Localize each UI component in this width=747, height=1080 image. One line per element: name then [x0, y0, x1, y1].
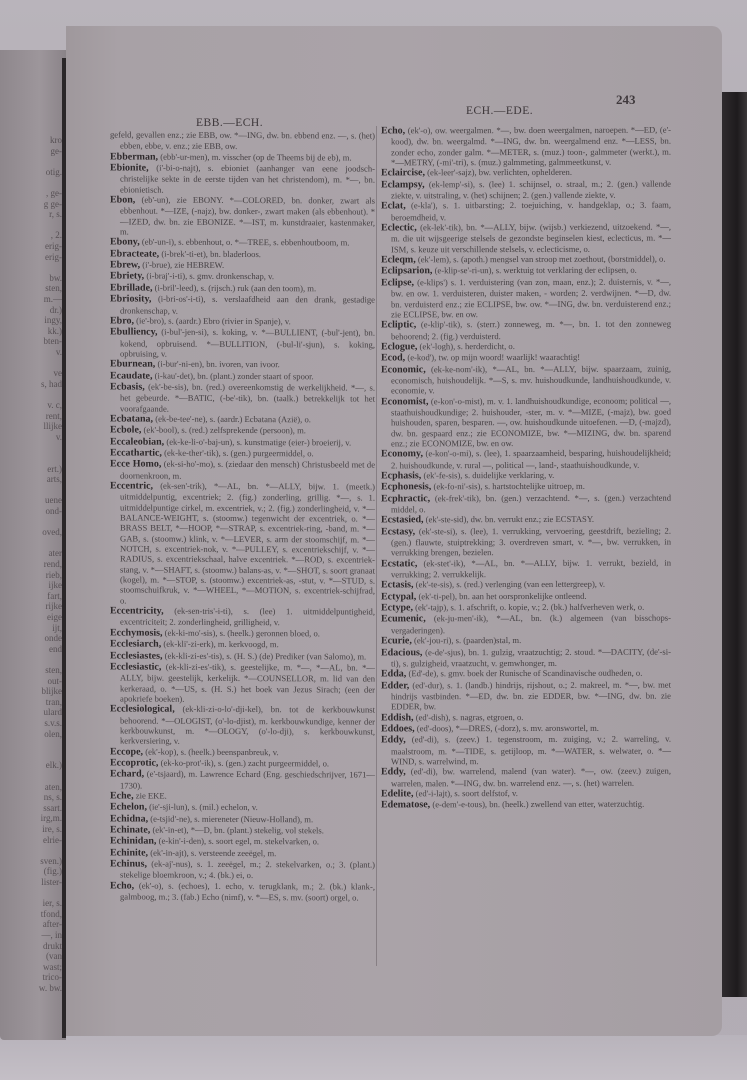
entry-headword: Ebony,	[110, 237, 140, 248]
margin-text-fragment: out-	[48, 677, 63, 686]
entry-headword: Ecaudate,	[110, 370, 153, 381]
margin-text-fragment: olen,	[44, 730, 62, 739]
margin-text-fragment: ire, s.	[42, 825, 62, 834]
dictionary-entry: Eddoes, (ed'-doos), *—DRES, (-dorz), s. …	[381, 723, 671, 735]
previous-page-sliver: kroge-otig., ge-g ge-r, s., 2.erig-erig-…	[0, 50, 66, 1040]
entry-definition: (ek'-kop), s. (heelk.) beenspanbreuk, v.	[145, 746, 278, 757]
entry-headword: Ecumenic,	[381, 614, 426, 625]
margin-text-fragment: sten,	[45, 666, 62, 675]
dictionary-page: 243 EBB.—ECH. ECH.—EDE. gefeld, gevallen…	[66, 26, 722, 1036]
margin-text-fragment: rent,	[46, 412, 62, 421]
entry-headword: Ebrillade,	[110, 282, 153, 293]
entry-definition: (ek'-o), s. (echoes), 1. echo, v. terugk…	[120, 880, 375, 902]
dictionary-entry: Ecphonesis, (ek-fo-ni'-sis), s. hartstoc…	[381, 481, 671, 493]
dictionary-entry: Eclat, (e-kla'), s. 1. uitbarsting; 2. t…	[381, 200, 671, 222]
entry-headword: Ecleqm,	[381, 254, 416, 265]
dictionary-entry: Edelite, (ed'-i-lajt), s. soort delfstof…	[381, 788, 671, 800]
entry-definition: (ed'-di), s. (zeev.) 1. tegenstroom, m. …	[391, 734, 671, 766]
margin-text-fragment: drukt	[43, 942, 62, 951]
margin-text-fragment: ier, s.	[43, 899, 62, 908]
entry-headword: Edematose,	[381, 800, 430, 811]
entry-definition: (ie'-sji-lun), s. (mil.) echelon, v.	[149, 802, 258, 812]
margin-text-fragment: ulard	[44, 708, 63, 717]
table-surface	[0, 1035, 747, 1080]
entry-definition: (ek'-o), ow. weergalmen. *—, bw. doen we…	[391, 125, 671, 168]
entry-definition: (e-kod'), tw. op mijn woord! waarlijk! w…	[407, 352, 580, 362]
entry-headword: Ebon,	[110, 194, 135, 205]
entry-headword: Eclaircise,	[381, 168, 425, 179]
entry-definition: (i'-brue), zie HEBREW.	[142, 260, 224, 270]
dictionary-entry: Economy, (e-kon'-o-mi), s. (lee), 1. spa…	[381, 448, 671, 470]
dictionary-entry: Ecod, (e-kod'), tw. op mijn woord! waarl…	[381, 352, 671, 364]
book-cover-edge	[722, 92, 747, 997]
entry-definition: (ek'-in-ajt), s. versteende zeeëgel, m.	[150, 847, 276, 858]
dictionary-entry: Edematose, (e-dem'-e-tous), bn. (heelk.)…	[381, 799, 671, 811]
dictionary-entry: Ecstatic, (ek-stet'-ik), *—AL, bn. *—ALL…	[381, 557, 671, 579]
entry-headword: Echard,	[110, 769, 144, 780]
entry-definition: (ek'-in-et), *—D, bn. (plant.) stekelig,…	[152, 825, 323, 836]
entry-headword: Ebberman,	[110, 151, 158, 162]
dictionary-entry: Ebon, (eb'-un), zie EBONY. *—COLORED, bn…	[110, 194, 375, 238]
entry-headword: Ebro,	[110, 315, 134, 326]
entry-headword: Ebracteate,	[110, 248, 159, 259]
entry-headword: Ecstasied,	[381, 515, 424, 526]
margin-text-fragment: erig-	[45, 242, 62, 251]
margin-text-fragment: eige	[47, 613, 62, 622]
entry-definition: (i-bul'-jen-si), s. koking, v. *—BULLIEN…	[120, 327, 375, 359]
entry-definition: (i-bril'-leed), s. (rijsch.) ruk (aan de…	[155, 282, 316, 293]
margin-text-fragment: fart,	[47, 592, 62, 601]
margin-text-fragment: end	[49, 645, 62, 654]
entry-headword: Economy,	[381, 449, 423, 460]
dictionary-entry: Ecbasis, (ek'-be-sis), bn. (red.) overee…	[110, 381, 375, 414]
margin-text-fragment: aten,	[45, 783, 62, 792]
margin-text-fragment: sten,	[45, 284, 62, 293]
entry-headword: Edder,	[381, 680, 409, 691]
entry-headword: Echidna,	[110, 813, 148, 824]
entry-headword: Ecstasy,	[381, 526, 415, 537]
entry-headword: Eccope,	[110, 746, 143, 757]
entry-definition: (ek-leer'-sajz), bw. verlichten, ophelde…	[427, 167, 572, 177]
entry-definition: zie EKE.	[136, 791, 167, 801]
entry-headword: Ecurie,	[381, 635, 412, 646]
entry-definition: (ek-be-tee'-ne), s. (aardr.) Ecbatana (A…	[155, 414, 311, 425]
entry-headword: Ecphonesis,	[381, 482, 431, 493]
margin-text-fragment: ond-	[46, 507, 63, 516]
margin-text-fragment: bw.	[49, 274, 62, 283]
entry-definition: (ek'-te-sis), s. (red.) verlenging (van …	[416, 579, 605, 589]
margin-text-fragment: rieb,	[46, 571, 62, 580]
dictionary-entry: Eclipsarion, (e-klip-se'-ri-un), s. werk…	[381, 265, 671, 277]
margin-text-fragment: ns, s.	[44, 793, 62, 802]
entry-definition: gefeld, gevallen enz.; zie EBB, ow. *—IN…	[110, 129, 375, 151]
entry-headword: Ecchymosis,	[110, 627, 163, 638]
entry-definition: (e-kon'-o-mi), s. (lee), 1. spaarzaamhei…	[391, 448, 671, 470]
book-photo-scene: kroge-otig., ge-g ge-r, s., 2.erig-erig-…	[0, 0, 747, 1080]
entry-headword: Eccentricity,	[110, 606, 164, 617]
entry-definition: (ed'-dur), s. 1. (landb.) hindrijs, rijs…	[391, 679, 671, 711]
margin-text-fragment: w. bw.	[39, 984, 62, 993]
entry-headword: Ecbole,	[110, 425, 141, 436]
entry-headword: Ecclesiastic,	[110, 661, 161, 672]
entry-definition: (ek-sen'-trik), *—AL, bn. *—ALLY, bijw. …	[120, 481, 375, 606]
margin-text-fragment: g ge-	[44, 200, 62, 209]
margin-text-fragment: , ge-	[46, 189, 62, 198]
dictionary-entry: Ecphractic, (ek-frek'-tik), bn. (gen.) v…	[381, 492, 671, 514]
entry-headword: Ebriety,	[110, 271, 144, 282]
margin-text-fragment: v. c,	[47, 401, 62, 410]
entry-headword: Eclat,	[381, 201, 406, 212]
entry-definition: (e-kla'), s. 1. uitbarsting; 2. toejuich…	[391, 200, 671, 222]
entry-definition: (ek'-lem), s. (apoth.) mengsel van stroo…	[418, 254, 666, 265]
margin-text-fragment: wast;	[43, 963, 62, 972]
entry-definition: (ek-ki-mo'-sis), s. (heelk.) geronnen bl…	[165, 627, 320, 638]
dictionary-entry: Eclaircise, (ek-leer'-sajz), bw. verlich…	[381, 167, 671, 179]
margin-text-fragment: trico-	[43, 973, 63, 982]
dictionary-entry: Ebulliency, (i-bul'-jen-si), s. koking, …	[110, 327, 375, 360]
dictionary-entry: Edder, (ed'-dur), s. 1. (landb.) hindrij…	[381, 679, 671, 712]
entry-headword: Eccentric,	[110, 480, 153, 491]
margin-text-fragment: arts,	[47, 475, 62, 484]
page-number: 243	[616, 92, 636, 108]
dictionary-entry: Ecleqm, (ek'-lem), s. (apoth.) mengsel v…	[381, 254, 671, 266]
entry-headword: Ectype,	[381, 602, 413, 613]
entry-headword: Eccoprotic,	[110, 757, 158, 768]
running-head-right: ECH.—EDE.	[466, 105, 533, 117]
margin-text-fragment: lister-	[41, 878, 62, 887]
margin-text-fragment: tran,	[46, 698, 62, 707]
margin-text-fragment: blijke	[42, 687, 63, 696]
entry-definition: (e-kin'-i-den), s. soort egel, m. stekel…	[159, 836, 319, 847]
entry-definition: (e'-tsjaard), m. Lawrence Echard (Eng. g…	[120, 769, 375, 790]
dictionary-entry: Edda, (Ed'-de), s. gmv. boek der Runisch…	[381, 668, 671, 680]
entry-headword: Ebrew,	[110, 260, 140, 271]
entry-definition: (ek-frek'-tik), bn. (gen.) verzachtend. …	[391, 492, 671, 514]
dictionary-entry: Eddish, (ed'-dish), s. nagras, etgroen, …	[381, 711, 671, 723]
running-head-left: EBB.—ECH.	[196, 117, 263, 129]
entry-definition: (i-bri-os'-i-ti), s. verslaafdheid aan d…	[120, 294, 375, 315]
dictionary-entry: Ecclesiastic, (ek-kli-zi-es'-tik), s. ge…	[110, 661, 375, 705]
dictionary-entry: Ecurie, (ek'-jou-ri), s. (paarden)stal, …	[381, 635, 671, 647]
margin-text-fragment: llijke	[44, 422, 63, 431]
dictionary-entry: Economist, (e-kon'-o-mist), m. v. 1. lan…	[381, 395, 671, 448]
margin-text-fragment: irg,m.	[41, 814, 62, 823]
dictionary-entry: Ectypal, (ek'-ti-pel), bn. aan het oorsp…	[381, 590, 671, 602]
entry-headword: Echo,	[110, 880, 134, 891]
dictionary-entry: Ectasis, (ek'-te-sis), s. (red.) verleng…	[381, 579, 671, 591]
entry-headword: Edacious,	[381, 647, 422, 658]
entry-definition: (i-braj'-i-ti), s. gmv. dronkenschap, v.	[146, 271, 274, 282]
margin-text-fragment: rijke	[46, 602, 63, 611]
entry-definition: (ek-ko-prot'-ik), s. (gen.) zacht purgee…	[161, 758, 329, 769]
entry-definition: (e-klip'-tik), s. (sterr.) zonneweg, m. …	[391, 319, 671, 341]
entry-definition: (ek-ke-li-o'-baj-un), s. kunstmatige (ei…	[166, 436, 351, 447]
entry-headword: Echinite,	[110, 847, 148, 858]
entry-headword: Ecclesiastes,	[110, 650, 163, 661]
entry-headword: Eccathartic,	[110, 447, 162, 458]
entry-definition: (ek'-ti-pel), bn. aan het oorspronkelijk…	[418, 591, 586, 601]
entry-headword: Ebulliency,	[110, 327, 158, 338]
entry-headword: Ectypal,	[381, 591, 416, 602]
dictionary-entry: Echo, (ek'-o), ow. weergalmen. *—, bw. d…	[381, 125, 671, 168]
dictionary-entry: Ecstasied, (ek'-ste-sid), dw. bn. verruk…	[381, 514, 671, 526]
margin-text-fragment: uene	[45, 496, 62, 505]
margin-text-fragment: rend,	[44, 560, 62, 569]
entry-definition: (e-klip-se'-ri-un), s. werktuig tot verk…	[435, 265, 637, 276]
entry-headword: Ebriosity,	[110, 294, 151, 305]
margin-text-fragment: ge-	[51, 147, 63, 156]
dictionary-entry: gefeld, gevallen enz.; zie EBB, ow. *—IN…	[110, 129, 375, 152]
entry-definition: (ek'-jou-ri), s. (paarden)stal, m.	[414, 635, 521, 645]
entry-headword: Ecce Homo,	[110, 459, 161, 470]
entry-definition: (ek'-be-sis), bn. (red.) overeenkomstig …	[120, 381, 375, 413]
entry-definition: (e-de'-sjus), bn. 1. gulzig, vraatzuchti…	[391, 646, 671, 668]
margin-text-fragment: s, had	[41, 380, 62, 389]
entry-headword: Eddish,	[381, 712, 414, 723]
column-divider	[376, 126, 377, 966]
entry-definition: (ed'-i-lajt), s. soort delfstof, v.	[416, 788, 518, 798]
dictionary-entry: Eclogue, (ek'-logh), s. herderdicht, o.	[381, 340, 671, 352]
margin-text-fragment: s.v.s.	[44, 719, 62, 728]
entry-definition: (e-dem'-e-tous), bn. (heelk.) zwellend v…	[432, 799, 644, 810]
left-column: gefeld, gevallen enz.; zie EBB, ow. *—IN…	[110, 129, 375, 903]
entry-headword: Eclogue,	[381, 341, 417, 352]
margin-text-fragment: kk.)	[48, 327, 62, 336]
dictionary-entry: Ecumenic, (ek-ju-men'-ik), *—AL, bn. (k.…	[381, 613, 671, 635]
entry-definition: (ek'-bool), s. (red.) zelfsprekende (per…	[144, 425, 306, 436]
entry-headword: Eddoes,	[381, 723, 415, 734]
margin-text-fragment: otig.	[46, 168, 62, 177]
dictionary-entry: Ectype, (ek'-tajp), s. 1. afschrift, o. …	[381, 602, 671, 614]
entry-definition: (ed'-dish), s. nagras, etgroen, o.	[416, 712, 524, 722]
margin-text-fragment: , 2.	[51, 231, 62, 240]
entry-headword: Eclipse,	[381, 277, 414, 288]
entry-headword: Eburnean,	[110, 359, 155, 370]
margin-text-fragment: onde	[45, 634, 63, 643]
margin-text-fragment: oved,	[42, 528, 62, 537]
dictionary-entry: Ecliptic, (e-klip'-tik), s. (sterr.) zon…	[381, 319, 671, 341]
entry-definition: (eb'-un), zie EBONY. *—COLORED, bn. donk…	[120, 195, 375, 237]
dictionary-entry: Edacious, (e-de'-sjus), bn. 1. gulzig, v…	[381, 646, 671, 668]
dictionary-entry: Ecce Homo, (ek-si-ho'-mo), s. (ziedaar d…	[110, 459, 375, 482]
entry-definition: (ek-stet'-ik), *—AL, bn. *—ALLY, bijw. 1…	[391, 557, 671, 579]
entry-definition: (ek-kli-zi-es'-tis), s. (H. S.) (de) Pre…	[165, 650, 367, 661]
entry-definition: (e-kon'-o-mist), m. v. 1. landhuishoudku…	[391, 395, 671, 448]
dictionary-entry: Eclectic, (ek-lek'-tik), bn. *—ALLY, bij…	[381, 222, 671, 255]
entry-definition: (ed'-di), bw. warrelend, malend (van wat…	[391, 766, 671, 788]
entry-headword: Ecclesiarch,	[110, 639, 161, 650]
entry-headword: Ecstatic,	[381, 558, 417, 569]
margin-text-fragment: r, s.	[49, 210, 62, 219]
entry-headword: Eclampsy,	[381, 179, 425, 190]
margin-text-fragment: m.—	[44, 295, 62, 304]
margin-text-fragment: —, in	[41, 931, 62, 940]
entry-headword: Ecliptic,	[381, 319, 416, 330]
entry-definition: (i'-bi-o-najt), s. ebioniet (aanhanger v…	[120, 163, 375, 195]
entry-headword: Eclipsarion,	[381, 266, 432, 277]
margin-text-fragment: bten-	[44, 337, 63, 346]
entry-headword: Ecod,	[381, 353, 405, 364]
margin-text-fragment: after-	[43, 920, 62, 929]
entry-definition: (ie'-bro), s. (aardr.) Ebro (rivier in S…	[136, 315, 291, 326]
entry-definition: (ek-lemp'-si), s. (lee) 1. schijnsel, o.…	[391, 178, 671, 200]
dictionary-entry: Ecstasy, (ek'-ste-si), s. (lee), 1. verr…	[381, 525, 671, 558]
entry-definition: (ek-ju-men'-ik), *—AL, bn. (k.) algemeen…	[391, 613, 671, 635]
entry-definition: (i-brek'-ti-et), bn. bladerloos.	[161, 248, 261, 258]
margin-text-fragment: erig-	[45, 253, 62, 262]
margin-text-fragment: ve	[54, 369, 63, 378]
entry-headword: Echo,	[381, 125, 405, 136]
entry-definition: (e-klips') s. 1. verduistering (van zon,…	[391, 276, 671, 319]
dictionary-entry: Economic, (ek-ke-nom'-ik), *—AL, bn. *—A…	[381, 363, 671, 396]
margin-text-fragment: ingy,	[44, 316, 62, 325]
margin-text-fragment: kro	[50, 136, 62, 145]
entry-definition: (ek-ke-ther'-tik), s. (gen.) purgeermidd…	[164, 448, 314, 459]
margin-text-fragment: (van	[46, 952, 62, 961]
dictionary-entry: Echard, (e'-tsjaard), m. Lawrence Echard…	[110, 769, 375, 792]
entry-definition: (ek-ke-nom'-ik), *—AL, bn. *—ALLY, bijw.…	[391, 363, 671, 395]
entry-headword: Echelon,	[110, 802, 147, 813]
margin-text-fragment: ijke	[49, 581, 63, 590]
dictionary-entry: Echinus, (ek-aj'-nus), s. 1. zeeëgel, m.…	[110, 858, 375, 881]
margin-text-fragment: ert.)	[47, 465, 62, 474]
entry-headword: Ecbasis,	[110, 381, 145, 392]
entry-headword: Eche,	[110, 790, 134, 801]
entry-headword: Edda,	[381, 669, 406, 680]
margin-text-fragment: (fig.)	[44, 867, 62, 876]
dictionary-entry: Echo, (ek'-o), s. (echoes), 1. echo, v. …	[110, 880, 375, 903]
entry-definition: (i-bur'-ni-en), bn. ivoren, van ivoor.	[157, 359, 279, 370]
entry-definition: (e-tsjid'-ne), s. miereneter (Nieuw-Holl…	[150, 813, 313, 824]
entry-definition: (ek'-ste-si), s. (lee), 1. verrukking, v…	[391, 525, 671, 557]
entry-headword: Eddy,	[381, 735, 406, 746]
entry-definition: (i-kau'-det), bn. (plant.) zonder staart…	[155, 370, 314, 381]
entry-headword: Economist,	[381, 396, 429, 407]
dictionary-entry: Eccentricity, (ek-sen-tris'-i-ti), s. (l…	[110, 606, 375, 629]
entry-definition: (ek'-logh), s. herderdicht, o.	[420, 341, 515, 351]
margin-text-fragment: tfond,	[41, 910, 62, 919]
margin-text-fragment: elk.)	[46, 761, 62, 770]
margin-text-fragment: ssart.	[43, 804, 62, 813]
entry-definition: (ebb'-ur-men), m. visscher (op de Theems…	[160, 151, 351, 162]
margin-text-fragment: ater	[49, 549, 63, 558]
margin-text-fragment: elrie-	[43, 836, 62, 845]
dictionary-entry: Eddy, (ed'-di), bw. warrelend, malend (v…	[381, 766, 671, 788]
entry-headword: Echinidan,	[110, 836, 156, 847]
dictionary-entry: Eccentric, (ek-sen'-trik), *—AL, bn. *—A…	[110, 480, 375, 606]
margin-text-fragment: ijt,	[52, 624, 62, 633]
entry-headword: Economic,	[381, 364, 426, 375]
entry-definition: (ek'-tajp), s. 1. afschrift, o. kopie, v…	[415, 602, 644, 613]
dictionary-entry: Ebriosity, (i-bri-os'-i-ti), s. verslaaf…	[110, 294, 375, 317]
entry-definition: (eb'-un-i), s. ebbenhout, o. *—TREE, s. …	[142, 237, 350, 248]
entry-headword: Ecbatana,	[110, 413, 153, 424]
entry-definition: (ed'-doos), *—DRES, (-dorz), s. mv. aron…	[417, 723, 599, 733]
margin-text-fragment: sven.)	[40, 857, 62, 866]
entry-headword: Ebionite,	[110, 162, 149, 173]
entry-headword: Eddy,	[381, 767, 406, 778]
entry-headword: Echinate,	[110, 824, 150, 835]
entry-definition: (ek'-fe-sis), s. duidelijke verklaring, …	[423, 470, 554, 480]
margin-text-fragment: dr.)	[50, 306, 62, 315]
dictionary-entry: Ecclesiological, (ek-kli-zi-o-lo'-dji-ke…	[110, 704, 375, 748]
entry-definition: (ek-kli'-zi-erk), m. kerkvoogd, m.	[163, 639, 278, 650]
entry-headword: Ecphractic,	[381, 493, 430, 504]
entry-headword: Edelite,	[381, 788, 414, 799]
right-column: Echo, (ek'-o), ow. weergalmen. *—, bw. d…	[381, 125, 671, 811]
dictionary-entry: Eddy, (ed'-di), s. (zeev.) 1. tegenstroo…	[381, 734, 671, 767]
entry-headword: Echinus,	[110, 858, 147, 869]
dictionary-entry: Eclampsy, (ek-lemp'-si), s. (lee) 1. sch…	[381, 178, 671, 200]
entry-headword: Eccaleobian,	[110, 436, 164, 447]
entry-headword: Ecphasis,	[381, 470, 421, 481]
entry-definition: (ek-aj'-nus), s. 1. zeeëgel, m.; 2. stek…	[120, 859, 375, 881]
entry-headword: Ecclesiological,	[110, 704, 175, 715]
entry-definition: (ek'-ste-sid), dw. bn. verrukt enz.; zie…	[426, 514, 594, 524]
dictionary-entry: Ebionite, (i'-bi-o-najt), s. ebioniet (a…	[110, 162, 375, 195]
entry-definition: (Ed'-de), s. gmv. boek der Runische of S…	[408, 668, 642, 679]
dictionary-entry: Eclipse, (e-klips') s. 1. verduistering …	[381, 276, 671, 319]
entry-headword: Ectasis,	[381, 580, 414, 591]
dictionary-entry: Ecphasis, (ek'-fe-sis), s. duidelijke ve…	[381, 470, 671, 482]
entry-definition: (ek-fo-ni'-sis), s. hartstochtelijke uit…	[433, 481, 584, 491]
entry-headword: Eclectic,	[381, 222, 417, 233]
entry-definition: (ek-lek'-tik), bn. *—ALLY, bijw. (wijsb.…	[391, 222, 671, 254]
